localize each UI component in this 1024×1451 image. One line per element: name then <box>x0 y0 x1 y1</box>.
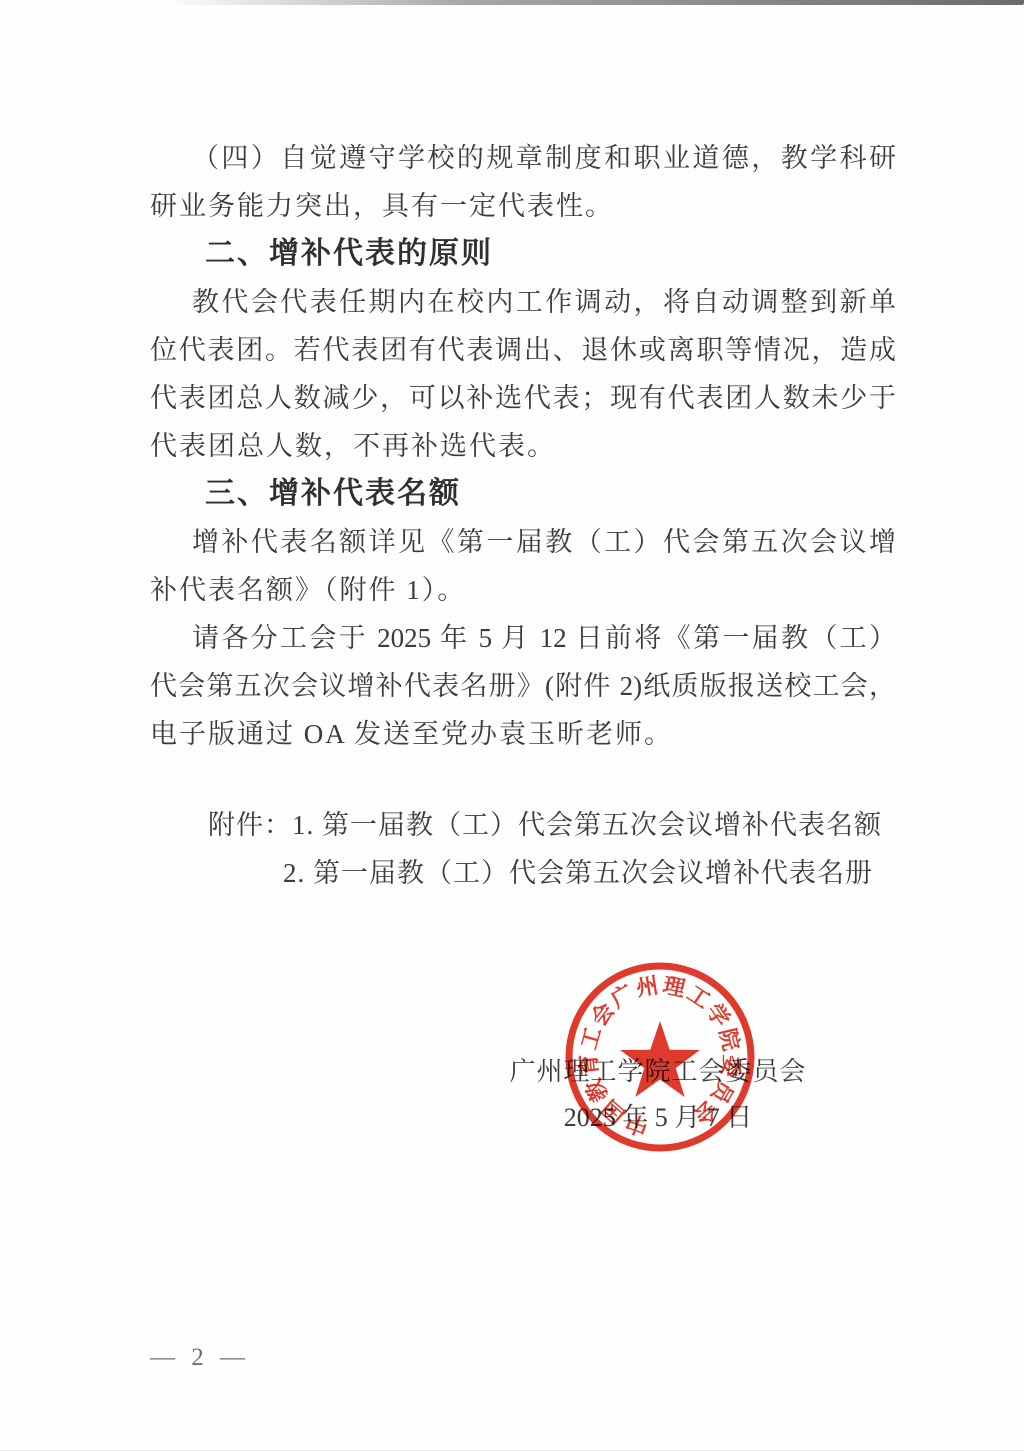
body-line: 补代表名额》（附件 1）。 <box>150 566 896 614</box>
attachment-item-2: 2. 第一届教（工）代会第五次会议增补代表名册 <box>150 849 930 897</box>
section-heading: 三、增补代表名额 <box>150 470 896 518</box>
body-line: 电子版通过 OA 发送至党办袁玉昕老师。 <box>150 710 896 758</box>
body-line: 代表团总人数减少，可以补选代表；现有代表团人数未少于 <box>150 374 896 422</box>
scan-edge-artifact <box>165 0 1024 5</box>
body-line: 代会第五次会议增补代表名册》(附件 2)纸质版报送校工会， <box>150 662 896 710</box>
body-line: 增补代表名额详见《第一届教（工）代会第五次会议增 <box>150 518 896 566</box>
attachment-list: 附件：1. 第一届教（工）代会第五次会议增补代表名额 2. 第一届教（工）代会第… <box>150 801 930 897</box>
body-line: 研业务能力突出，具有一定代表性。 <box>150 182 896 230</box>
body-line: （四）自觉遵守学校的规章制度和职业道德，教学科研 <box>150 134 896 182</box>
attachment-item-1: 附件：1. 第一届教（工）代会第五次会议增补代表名额 <box>150 801 930 849</box>
page-number: — 2 — <box>150 1334 250 1382</box>
body-line: 请各分工会于 2025 年 5 月 12 日前将《第一届教（工） <box>150 614 896 662</box>
body-line: 代表团总人数，不再补选代表。 <box>150 422 896 470</box>
body-line: 教代会代表任期内在校内工作调动，将自动调整到新单 <box>150 278 896 326</box>
document-page: （四）自觉遵守学校的规章制度和职业道德，教学科研研业务能力突出，具有一定代表性。… <box>0 0 1024 1451</box>
official-seal: 中国教育工会广州理工学院委员会 <box>550 947 770 1167</box>
section-heading: 二、增补代表的原则 <box>150 230 896 278</box>
star-icon <box>620 1021 700 1097</box>
body-lines: （四）自觉遵守学校的规章制度和职业道德，教学科研研业务能力突出，具有一定代表性。… <box>150 134 896 758</box>
body-line: 位代表团。若代表团有代表调出、退休或离职等情况，造成 <box>150 326 896 374</box>
